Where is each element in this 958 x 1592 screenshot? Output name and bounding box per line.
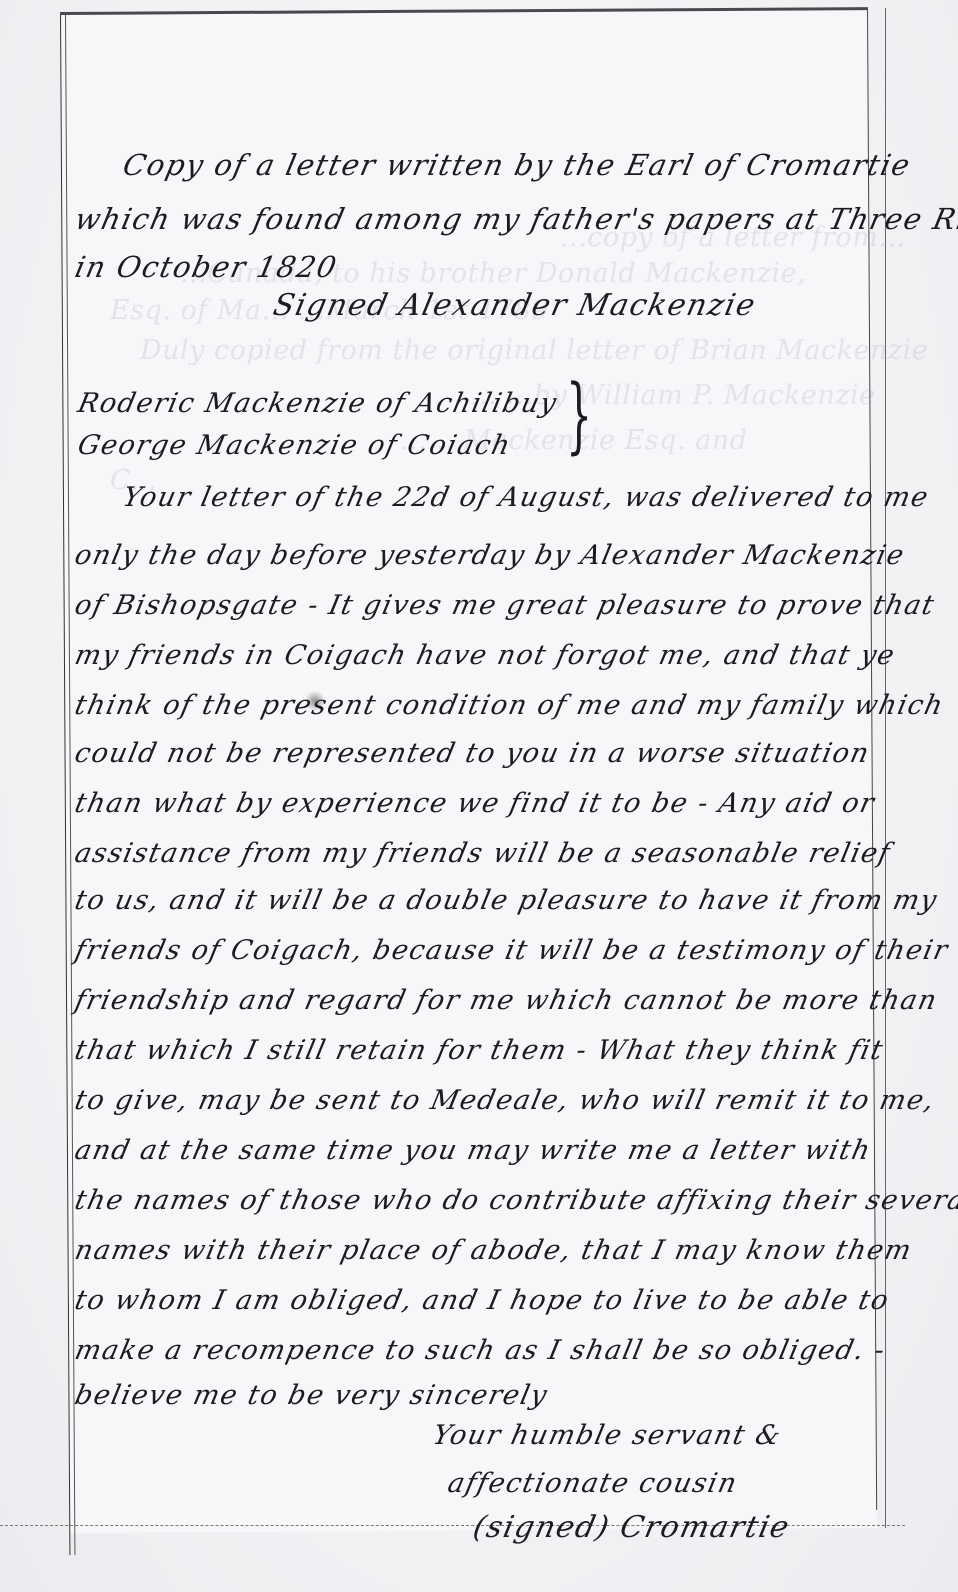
addressee-brace: } [566, 368, 592, 463]
body-line: friends of Coigach, because it will be a… [72, 935, 951, 966]
body-line: assistance from my friends will be a sea… [72, 838, 894, 869]
body-line: to us, and it will be a double pleasure … [72, 885, 941, 916]
closing-line-1: Your humble servant & [430, 1420, 785, 1451]
body-line: and at the same time you may write me a … [72, 1135, 874, 1166]
body-line: to give, may be sent to Medeale, who wil… [72, 1085, 938, 1116]
addressee-1: Roderic Mackenzie of Achilibuy [75, 388, 560, 419]
letter-text: Copy of a letter written by the Earl of … [0, 0, 958, 1592]
body-line: to whom I am obliged, and I hope to live… [72, 1285, 892, 1316]
body-line: the names of those who do contribute aff… [72, 1185, 958, 1216]
body-line: could not be represented to you in a wor… [72, 738, 873, 769]
body-line: that which I still retain for them - Wha… [72, 1035, 887, 1066]
body-line: my friends in Coigach have not forgot me… [72, 640, 898, 671]
body-line: of Bishopsgate - It gives me great pleas… [72, 590, 938, 621]
body-line: make a recompence to such as I shall be … [72, 1335, 889, 1366]
addressee-2: George Mackenzie of Coiach [75, 430, 514, 461]
body-line: friendship and regard for me which canno… [72, 985, 941, 1016]
copyist-signature: Signed Alexander Mackenzie [270, 288, 759, 323]
heading-line-2: which was found among my father's papers… [72, 202, 958, 236]
body-line: only the day before yesterday by Alexand… [72, 540, 908, 571]
body-line: names with their place of abode, that I … [72, 1235, 915, 1266]
ink-smudge [305, 690, 325, 712]
heading-line-3: in October 1820 [72, 250, 341, 284]
author-signature: (signed) Cromartie [470, 1510, 793, 1545]
body-line: believe me to be very sincerely [72, 1380, 551, 1411]
body-line: than what by experience we find it to be… [72, 788, 878, 819]
closing-line-2: affectionate cousin [445, 1468, 741, 1499]
body-line: Your letter of the 22d of August, was de… [120, 482, 932, 513]
heading-line-1: Copy of a letter written by the Earl of … [120, 148, 914, 182]
body-line: think of the present condition of me and… [72, 690, 947, 721]
